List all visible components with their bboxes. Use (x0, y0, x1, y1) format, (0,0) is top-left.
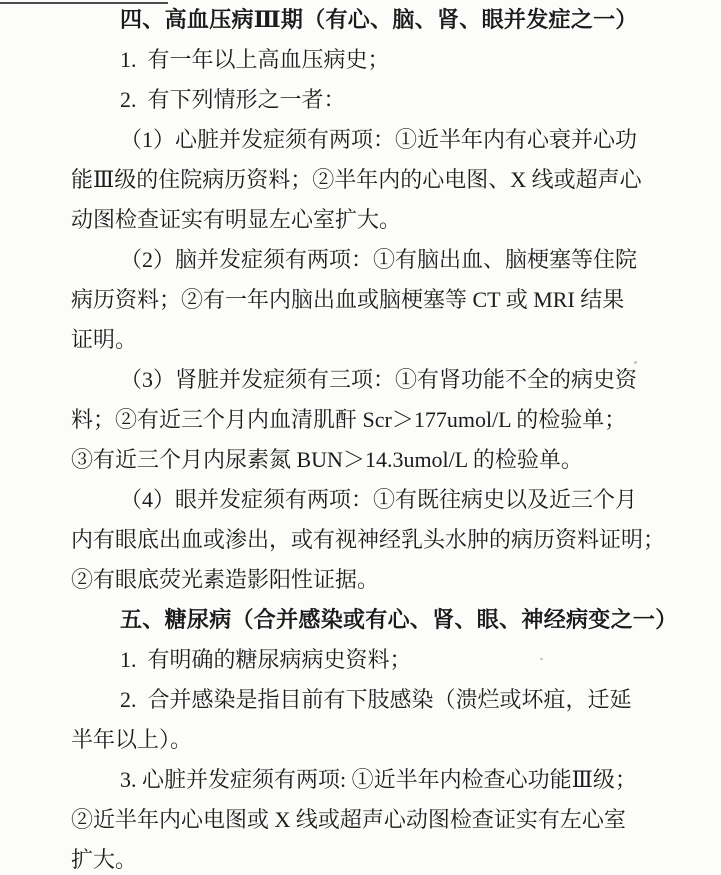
text-line: （1）心脏并发症须有两项：①近半年内有心衰并心功 (120, 120, 721, 160)
text-line: 1. 有明确的糖尿病病史资料； (120, 640, 721, 680)
text-line: ③有近三个月内尿素氮 BUN＞14.3umol/L 的检验单。 (71, 440, 721, 480)
text-line: 证明。 (71, 320, 721, 360)
text-line: （4）眼并发症须有两项：①有既往病史以及近三个月 (120, 480, 721, 520)
text-line: （2）脑并发症须有两项：①有脑出血、脑梗塞等住院 (120, 240, 721, 280)
section-heading-diabetes: 五、糖尿病（合并感染或有心、肾、眼、神经病变之一） (120, 600, 721, 640)
text-line: ②近半年内心电图或 X 线或超声心动图检查证实有左心室 (71, 800, 721, 840)
text-line: 能Ⅲ级的住院病历资料；②半年内的心电图、X 线或超声心 (71, 160, 721, 200)
text-line: 料；②有近三个月内血清肌酐 Scr＞177umol/L 的检验单； (71, 400, 721, 440)
text-line: 病历资料；②有一年内脑出血或脑梗塞等 CT 或 MRI 结果 (71, 280, 721, 320)
text-line: 3. 心脏并发症须有两项: ①近半年内检查心功能Ⅲ级； (120, 760, 721, 800)
document-text: 四、高血压病Ⅲ期（有心、脑、肾、眼并发症之一） 1. 有一年以上高血压病史； 2… (0, 0, 721, 875)
document-page: 四、高血压病Ⅲ期（有心、脑、肾、眼并发症之一） 1. 有一年以上高血压病史； 2… (0, 0, 721, 875)
text-line: 半年以上）。 (71, 720, 721, 760)
text-line: 2. 有下列情形之一者： (120, 80, 721, 120)
text-line: ②有眼底荧光素造影阳性证据。 (71, 560, 721, 600)
section-heading-hypertension: 四、高血压病Ⅲ期（有心、脑、肾、眼并发症之一） (120, 0, 721, 40)
text-line: 扩大。 (71, 840, 721, 875)
text-line: （3）肾脏并发症须有三项：①有肾功能不全的病史资 (120, 360, 721, 400)
text-line: 动图检查证实有明显左心室扩大。 (71, 200, 721, 240)
text-line: 2. 合并感染是指目前有下肢感染（溃烂或坏疽，迁延 (120, 680, 721, 720)
text-line: 内有眼底出血或渗出，或有视神经乳头水肿的病历资料证明； (71, 520, 721, 560)
text-line: 1. 有一年以上高血压病史； (120, 40, 721, 80)
